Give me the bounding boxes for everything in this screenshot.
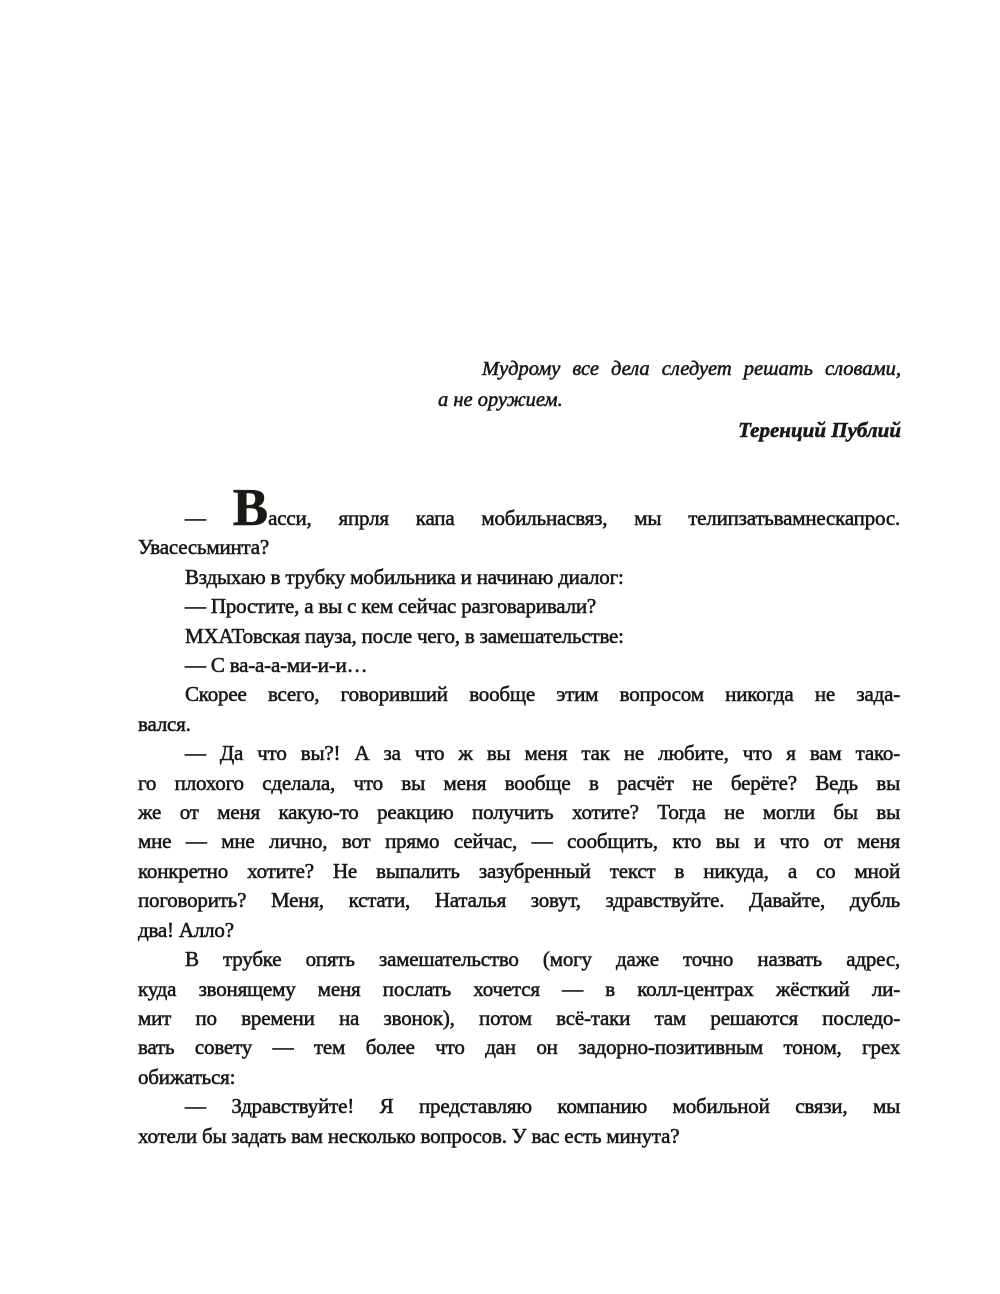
- dialogue-dash: —: [185, 506, 206, 530]
- text-line: вать совету — тем более что дан он задор…: [138, 1033, 900, 1062]
- text-line: Вздыхаю в трубку мобильника и начинаю ди…: [138, 563, 900, 592]
- text-line: — Здравствуйте! Я представляю компанию м…: [138, 1092, 900, 1121]
- text-line: мне — мне лично, вот прямо сейчас, — соо…: [138, 827, 900, 856]
- text-line: — Да что вы?! А за что ж вы меня так не …: [138, 739, 900, 768]
- text-line: два! Алло?: [138, 916, 900, 945]
- text-line: мит по времени на звонок), потом всё-так…: [138, 1004, 900, 1033]
- text-line: хотели бы задать вам несколько вопросов.…: [138, 1122, 900, 1151]
- book-page: Мудрому все дела следует решать словами,…: [0, 0, 1000, 1294]
- text-line: конкретно хотите? Не выпалить зазубренны…: [138, 857, 900, 886]
- text-line: го плохого сделала, что вы меня вообще в…: [138, 769, 900, 798]
- body-text: — Васси, япрля капа мобильнасвяз, мы тел…: [138, 494, 900, 1151]
- text-line: же от меня какую-то реакцию получить хот…: [138, 798, 900, 827]
- text-line: вался.: [138, 710, 900, 739]
- epigraph-line-2: а не оружием.: [438, 385, 901, 416]
- body-lines: Увасесьминта?Вздыхаю в трубку мобильника…: [138, 533, 900, 1151]
- text-line: В трубке опять замешательство (могу даже…: [138, 945, 900, 974]
- epigraph-attribution: Теренций Публий: [438, 415, 901, 446]
- text-line: обижаться:: [138, 1063, 900, 1092]
- text-line: — С ва-а-а-ми-и-и…: [138, 651, 900, 680]
- epigraph-line-1: Мудрому все дела следует решать словами,: [438, 354, 901, 385]
- epigraph: Мудрому все дела следует решать словами,…: [438, 354, 901, 446]
- first-line-rest: асси, япрля капа мобильнасвяз, мы телипз…: [268, 506, 900, 530]
- raised-initial-cap: В: [233, 479, 268, 537]
- text-line: МХАТовская пауза, после чего, в замешате…: [138, 622, 900, 651]
- text-line: куда звонящему меня послать хочется — в …: [138, 975, 900, 1004]
- text-line: Скорее всего, говоривший вообще этим воп…: [138, 680, 900, 709]
- text-line: поговорить? Меня, кстати, Наталья зовут,…: [138, 886, 900, 915]
- first-line-with-initial: — Васси, япрля капа мобильнасвяз, мы тел…: [138, 494, 900, 533]
- text-line: — Простите, а вы с кем сейчас разговарив…: [138, 592, 900, 621]
- text-line: Увасесьминта?: [138, 533, 900, 562]
